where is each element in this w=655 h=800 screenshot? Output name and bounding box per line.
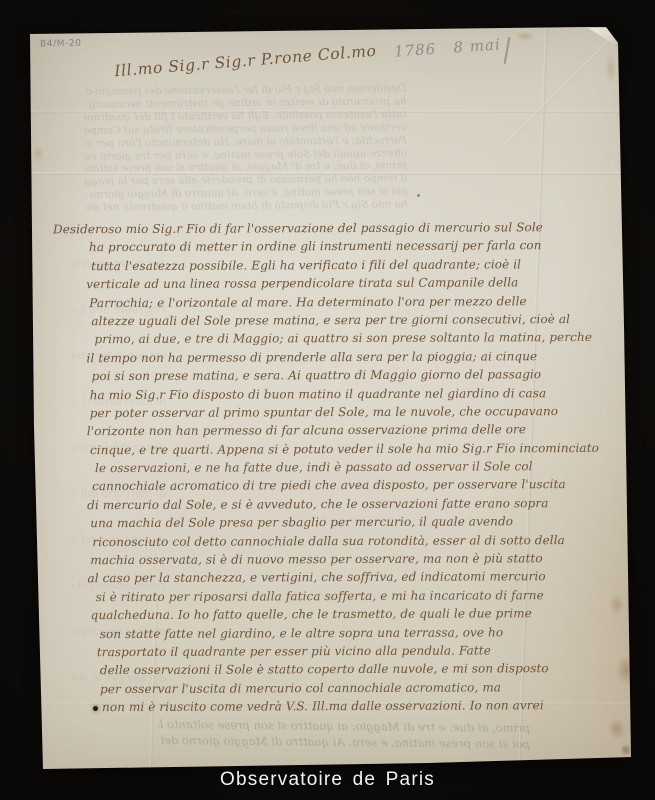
ink-bleedthrough: primo, ai due, e tre di Maggio; ai quatt… [158,717,530,752]
stain [511,29,539,43]
letter-line: cannochiale acromatico di tre piedi che … [92,475,634,496]
bleedthrough-line: poi si son prese matina, e sera. Ai quat… [158,733,530,752]
pencil-stroke [504,37,511,64]
bleedthrough-line: ha mio Sig.r Fio disposto di buon matino… [86,198,408,214]
letter-line: cinque, e tre quarti. Appena si è potuto… [90,439,632,460]
letter-line: qualcheduna. Io ho fatto quelle, che le … [91,604,633,625]
stain [604,714,630,744]
pinhole [93,706,98,711]
ink-speck [417,194,420,197]
letter-page: B4/M-20 1786 8 mai Ill.mo Sig.r Sig.r P.… [28,26,634,771]
letter-line: verticale ad una linea rossa perpendicol… [86,273,628,294]
letter-line: per osservar l'uscita di mercurio col ca… [100,678,633,699]
archive-mark: B4/M-20 [40,39,82,50]
letter-line: una machia del Sole presa per sbaglio pe… [90,512,632,533]
stain [29,142,47,166]
letter-line: tutta l'esatezza possibile. Egli ha veri… [91,255,633,276]
letter-line: per poter osservar al primo spuntar del … [90,402,632,423]
letter-line: l'orizonte non han permesso di far alcun… [87,420,629,441]
letter-line: le osservazioni, e ne ha fatte due, indi… [95,457,637,478]
letter-line: poi si son prese matina, e sera. Ai quat… [92,365,634,386]
stain [602,48,620,90]
date-annotation: 1786 8 mai [394,35,502,60]
letter-line: ha mio Sig.r Fio disposto di buon matino… [90,383,632,404]
fold-crease [505,38,612,145]
letter-line: son statte fatte nel giardino, e le altr… [100,622,633,643]
letter-line: ha proccurato di metter in ordine gli in… [89,236,631,257]
letter-line: primo, ai due, e tre di Maggio; ai quatt… [94,328,636,349]
stain [618,742,634,758]
letter-line: il tempo non ha permesso di prenderle al… [86,347,628,368]
letter-line: altezze uguali del Sole prese matina, e … [91,310,633,331]
letter-line: riconosciuto col detto cannochiale dalla… [92,530,634,551]
letter-line: machia osservata, si è di nuovo messo pe… [90,549,632,570]
caption-text: Observatoire de Paris [0,769,655,791]
ink-bleedthrough: Desideroso mio Sig.r Fio di far l'osserv… [84,82,407,214]
letter-line: Parrochia; e l'orizontale al mare. Ha de… [89,291,631,312]
letter-line: si è ritirato per riposarsi dalla fatica… [96,586,638,607]
salutation-line: Ill.mo Sig.r Sig.r P.rone Col.mo [114,42,377,81]
letter-line: trasportato il quadrante per esser più v… [97,641,630,662]
letter-line: delle osservazioni il Sole è statto cope… [100,659,633,680]
letter-body: Desideroso mio Sig.r Fio di far l'osserv… [89,218,633,717]
letter-line: non mi è riuscito come vedrà V.S. Ill.ma… [102,696,635,717]
letter-line: di mercurio dal Sole, e si è avveduto, c… [87,494,629,515]
manuscript-photo: B4/M-20 1786 8 mai Ill.mo Sig.r Sig.r P.… [28,26,634,771]
letter-line: al caso per la stanchezza, e vertigini, … [87,567,629,588]
